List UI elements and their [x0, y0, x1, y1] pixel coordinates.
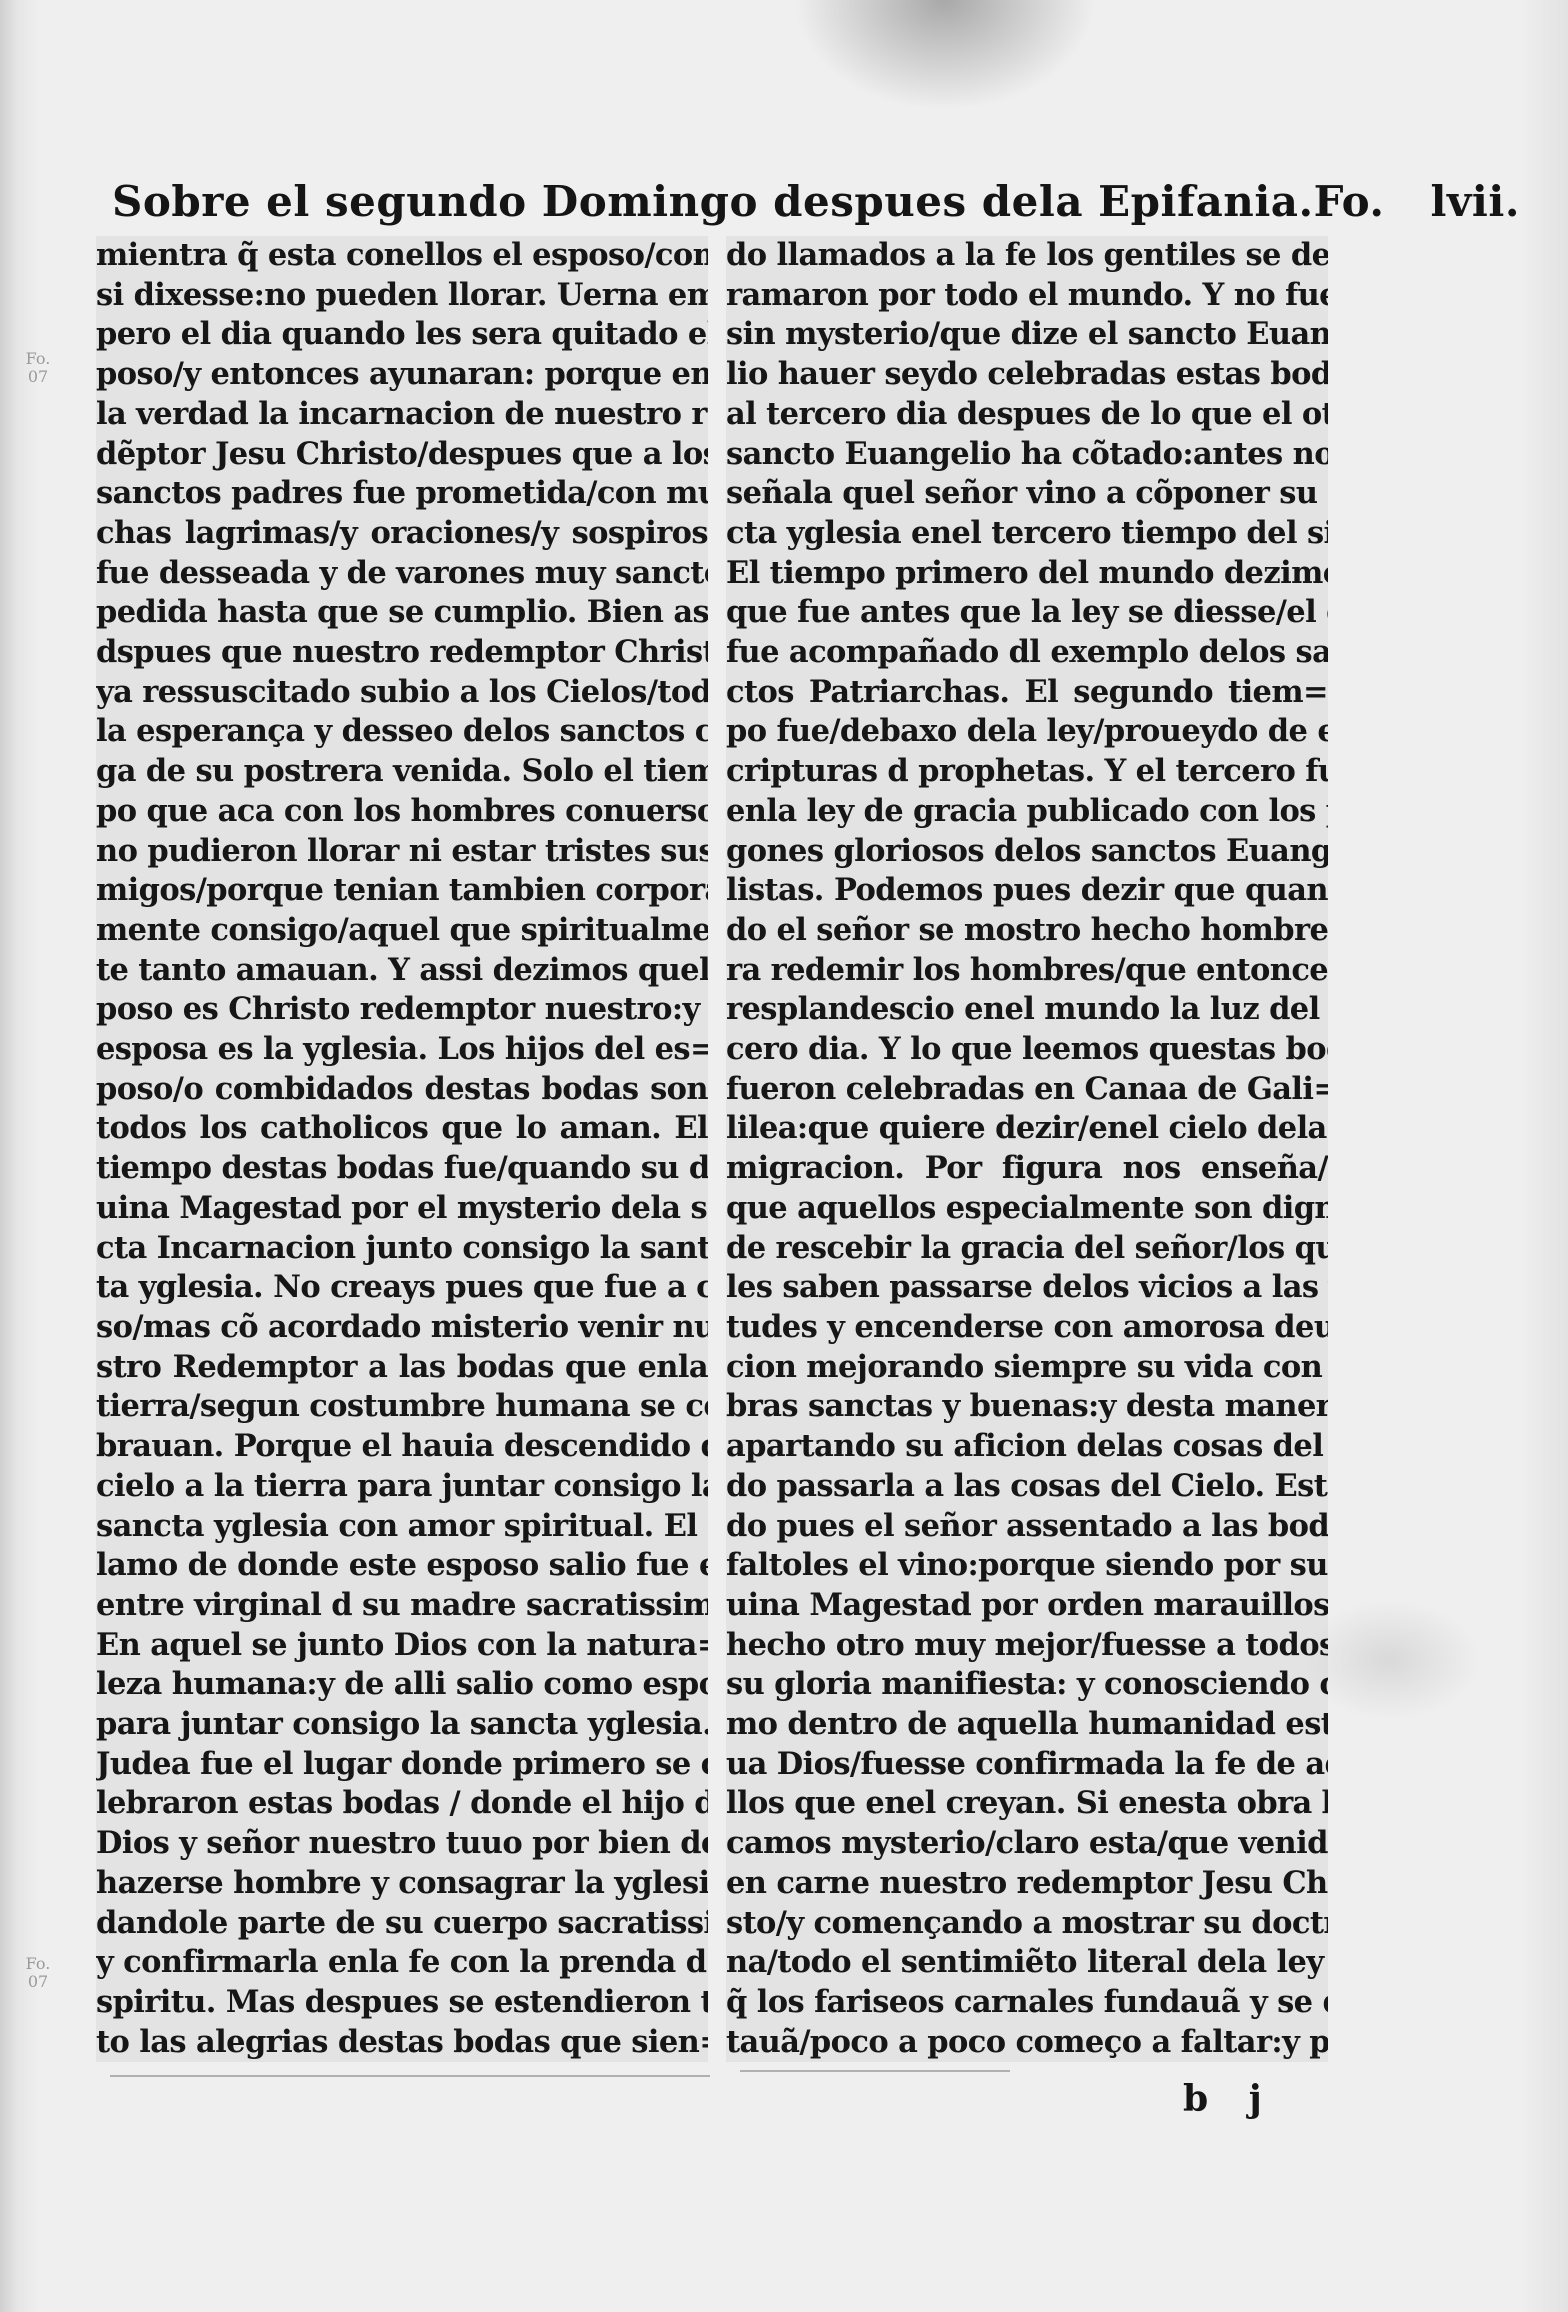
- folio-label: Fo.: [1314, 177, 1385, 226]
- text-line: cta yglesia enel tercero tiempo del sigl…: [726, 514, 1328, 554]
- text-line: entre virginal d su madre sacratissima.: [96, 1586, 708, 1626]
- text-line: cripturas d prophetas. Y el tercero fue: [726, 752, 1328, 792]
- text-line: sto/y començando a mostrar su doctri=: [726, 1904, 1328, 1944]
- text-line: apartando su aficion delas cosas del mũ: [726, 1427, 1328, 1467]
- text-line: no pudieron llorar ni estar tristes sus …: [96, 832, 708, 872]
- text-line: sanctos padres fue prometida/con mu=: [96, 474, 708, 514]
- text-line: que aquellos especialmente son dignos: [726, 1189, 1328, 1229]
- text-line: poso/y entonces ayunaran: porque en: [96, 355, 708, 395]
- text-line: brauan. Porque el hauia descendido dl: [96, 1427, 708, 1467]
- bottom-rule-right: [740, 2070, 1010, 2072]
- text-line: lilea:que quiere dezir/enel cielo dela t…: [726, 1109, 1328, 1149]
- text-line: tudes y encenderse con amorosa deuo=: [726, 1308, 1328, 1348]
- text-line: les saben passarse delos vicios a las vi…: [726, 1268, 1328, 1308]
- text-line: lamo de donde este esposo salio fue el v…: [96, 1546, 708, 1586]
- running-title: Sobre el segundo Domingo despues dela Ep…: [112, 177, 1314, 226]
- margin-note-line: Fo.: [18, 1955, 58, 1973]
- text-line: su gloria manifiesta: y conosciendo co=: [726, 1665, 1328, 1705]
- text-line: te tanto amauan. Y assi dezimos quel es: [96, 951, 708, 991]
- text-line: Dios y señor nuestro tuuo por bien de: [96, 1824, 708, 1864]
- text-line: sancto Euangelio ha cõtado:antes nos: [726, 435, 1328, 475]
- text-line: fue acompañado dl exemplo delos san: [726, 633, 1328, 673]
- text-line: migos/porque tenian tambien corporal: [96, 871, 708, 911]
- text-line: lebraron estas bodas / donde el hijo de: [96, 1784, 708, 1824]
- text-line: leza humana:y de alli salio como esposo: [96, 1665, 708, 1705]
- text-line: esposa es la yglesia. Los hijos del es=: [96, 1030, 708, 1070]
- text-line: spiritu. Mas despues se estendieron tã: [96, 1983, 708, 2023]
- text-line: cta Incarnacion junto consigo la santa: [96, 1229, 708, 1269]
- text-line: ya ressuscitado subio a los Cielos/toda: [96, 673, 708, 713]
- text-line: si dixesse:no pueden llorar. Uerna em=: [96, 276, 708, 316]
- text-line: la esperança y desseo delos sanctos cuel: [96, 712, 708, 752]
- text-line: na/todo el sentimiẽto literal dela ley e…: [726, 1943, 1328, 1983]
- text-line: fue desseada y de varones muy sanctos: [96, 554, 708, 594]
- margin-note-line: 07: [18, 1973, 58, 1991]
- text-line: so/mas cõ acordado misterio venir nue: [96, 1308, 708, 1348]
- margin-note-upper: Fo. 07: [18, 350, 58, 386]
- text-line: cero dia. Y lo que leemos questas bodas: [726, 1030, 1328, 1070]
- text-line: dspues que nuestro redemptor Christo: [96, 633, 708, 673]
- text-line: para juntar consigo la sancta yglesia.: [96, 1705, 708, 1745]
- text-line: fueron celebradas en Canaa de Gali=: [726, 1070, 1328, 1110]
- text-line: listas. Podemos pues dezir que quan: [726, 871, 1328, 911]
- text-line: de rescebir la gracia del señor/los qua=: [726, 1229, 1328, 1269]
- text-line: mente consigo/aquel que spiritualmen=: [96, 911, 708, 951]
- text-line: El tiempo primero del mundo dezimos: [726, 554, 1328, 594]
- text-line: to las alegrias destas bodas que sien=: [96, 2023, 708, 2063]
- text-line: sancta yglesia con amor spiritual. El ta: [96, 1507, 708, 1547]
- text-line: ra redemir los hombres/que entonces: [726, 951, 1328, 991]
- text-line: gones gloriosos delos sanctos Euange: [726, 832, 1328, 872]
- text-line: y confirmarla enla fe con la prenda d su: [96, 1943, 708, 1983]
- text-line: migracion. Por figura nos enseña/: [726, 1149, 1328, 1189]
- text-line: mientra q̃ esta conellos el esposo/como: [96, 236, 708, 276]
- text-line: pedida hasta que se cumplio. Bien assi: [96, 593, 708, 633]
- text-line: ua Dios/fuesse confirmada la fe de aq̃=: [726, 1745, 1328, 1785]
- text-line: uina Magestad por el mysterio dela san: [96, 1189, 708, 1229]
- text-line: que fue antes que la ley se diesse/el qu…: [726, 593, 1328, 633]
- text-line: pero el dia quando les sera quitado el e…: [96, 315, 708, 355]
- text-column-right: do llamados a la fe los gentiles se der=…: [726, 236, 1328, 2062]
- text-line: ramaron por todo el mundo. Y no fue: [726, 276, 1328, 316]
- text-line: ta yglesia. No creays pues que fue a ca: [96, 1268, 708, 1308]
- text-line: uina Magestad por orden marauillosa: [726, 1586, 1328, 1626]
- bottom-rule-left: [110, 2075, 710, 2077]
- text-line: do pues el señor assentado a las bodas: [726, 1507, 1328, 1547]
- text-line: resplandescio enel mundo la luz del ter=: [726, 990, 1328, 1030]
- folio-number: lvii.: [1431, 177, 1520, 226]
- text-line: en carne nuestro redemptor Jesu Chri=: [726, 1864, 1328, 1904]
- text-line: do el señor se mostro hecho hombre pa=: [726, 911, 1328, 951]
- text-line: cion mejorando siempre su vida con o=: [726, 1348, 1328, 1388]
- text-line: ctos Patriarchas. El segundo tiem=: [726, 673, 1328, 713]
- text-line: la verdad la incarnacion de nuestro re=: [96, 395, 708, 435]
- text-line: bras sanctas y buenas:y desta manera: [726, 1387, 1328, 1427]
- text-line: Judea fue el lugar donde primero se ce=: [96, 1745, 708, 1785]
- text-line: tiempo destas bodas fue/quando su di=: [96, 1149, 708, 1189]
- text-line: dẽptor Jesu Christo/despues que a los: [96, 435, 708, 475]
- text-line: chas lagrimas/y oraciones/y sospiros: [96, 514, 708, 554]
- signature-mark: b j: [1183, 2078, 1276, 2120]
- text-line: mo dentro de aquella humanidad esta=: [726, 1705, 1328, 1745]
- text-line: hazerse hombre y consagrar la yglesia/: [96, 1864, 708, 1904]
- margin-note-line: Fo.: [18, 350, 58, 368]
- text-line: q̃ los fariseos carnales fundauã y se dl…: [726, 1983, 1328, 2023]
- text-line: sin mysterio/que dize el sancto Euange=: [726, 315, 1328, 355]
- text-line: señala quel señor vino a cõponer su san=: [726, 474, 1328, 514]
- margin-note-line: 07: [18, 368, 58, 386]
- text-line: todos los catholicos que lo aman. El: [96, 1109, 708, 1149]
- text-line: llos que enel creyan. Si enesta obra bus: [726, 1784, 1328, 1824]
- text-line: al tercero dia despues de lo que el otro: [726, 395, 1328, 435]
- text-line: do llamados a la fe los gentiles se der=: [726, 236, 1328, 276]
- text-column-left: mientra q̃ esta conellos el esposo/comos…: [96, 236, 708, 2062]
- text-line: po que aca con los hombres conuerso/: [96, 792, 708, 832]
- text-line: ga de su postrera venida. Solo el tiem=: [96, 752, 708, 792]
- text-line: hecho otro muy mejor/fuesse a todos: [726, 1626, 1328, 1666]
- scanned-page: Sobre el segundo Domingo despues dela Ep…: [0, 0, 1568, 2312]
- text-line: po fue/debaxo dela ley/proueydo de es=: [726, 712, 1328, 752]
- text-line: En aquel se junto Dios con la natura=: [96, 1626, 708, 1666]
- text-line: faltoles el vino:porque siendo por su di…: [726, 1546, 1328, 1586]
- folio: Fo. lvii.: [1314, 177, 1520, 226]
- text-line: poso/o combidados destas bodas son: [96, 1070, 708, 1110]
- text-line: tauã/poco a poco começo a faltar:y por: [726, 2023, 1328, 2063]
- margin-note-lower: Fo. 07: [18, 1955, 58, 1991]
- text-line: enla ley de gracia publicado con los pre: [726, 792, 1328, 832]
- text-line: poso es Christo redemptor nuestro:y su: [96, 990, 708, 1030]
- text-line: do passarla a las cosas del Cielo. Estan: [726, 1467, 1328, 1507]
- text-line: camos mysterio/claro esta/que venido: [726, 1824, 1328, 1864]
- running-header: Sobre el segundo Domingo despues dela Ep…: [112, 160, 1332, 226]
- text-line: dandole parte de su cuerpo sacratissimo: [96, 1904, 708, 1944]
- text-line: stro Redemptor a las bodas que enla: [96, 1348, 708, 1388]
- text-line: lio hauer seydo celebradas estas bodas: [726, 355, 1328, 395]
- text-line: cielo a la tierra para juntar consigo la: [96, 1467, 708, 1507]
- text-line: tierra/segun costumbre humana se cele=: [96, 1387, 708, 1427]
